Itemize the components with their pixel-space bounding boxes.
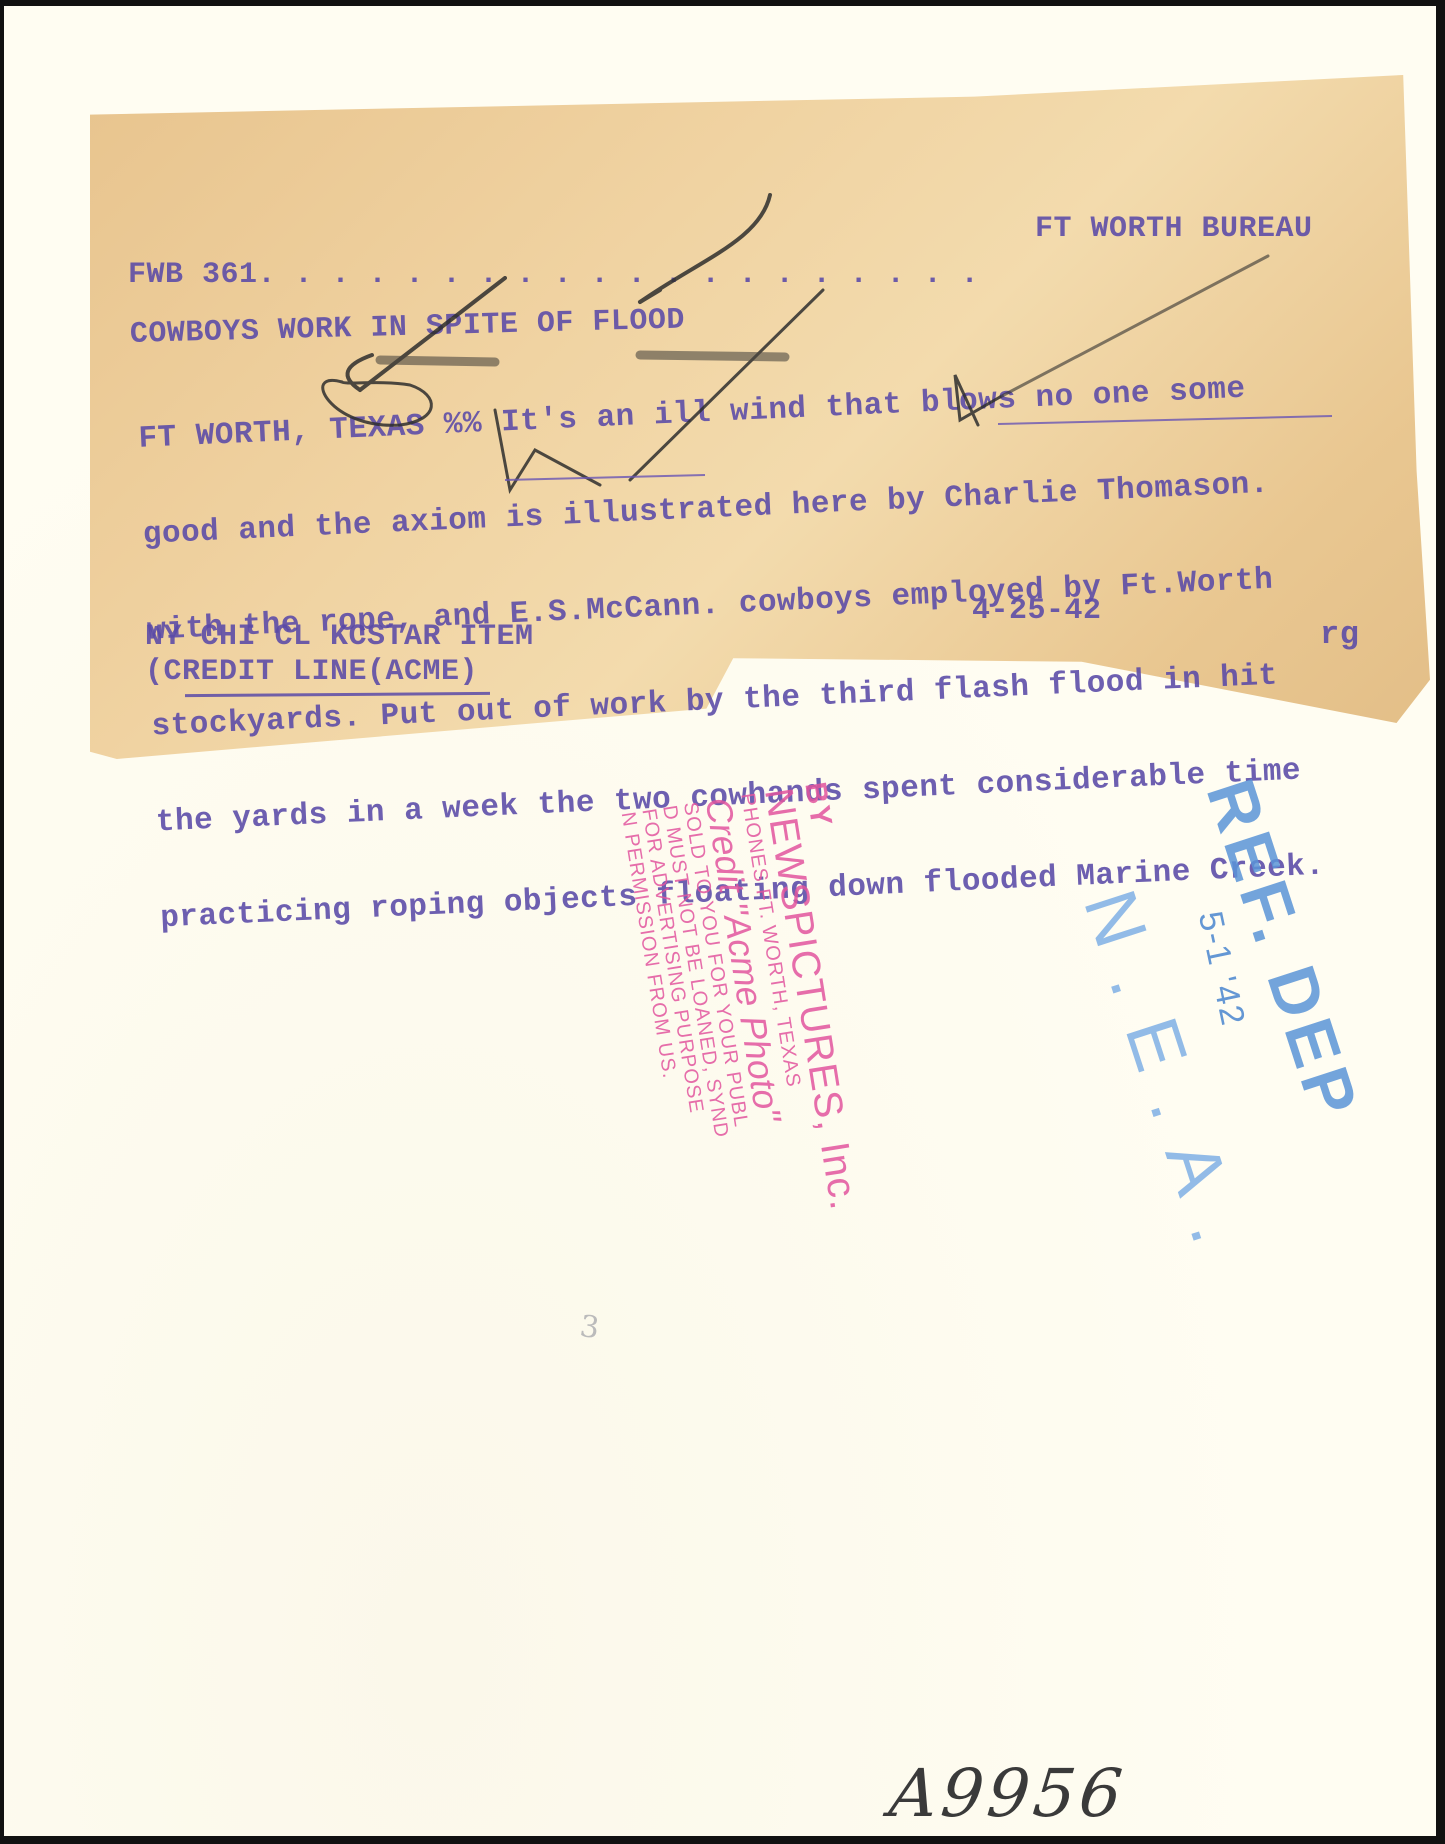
distribution-list: NY CHI CL KCSTAR ITEM [145, 620, 534, 654]
catalog-number: A9956 [886, 1755, 1130, 1832]
bureau-label: FT WORTH BUREAU [1035, 212, 1313, 246]
caption-date: 4-25-42 [972, 594, 1102, 628]
slug-line: FWB 361. . . . . . . . . . . . . . . . .… [128, 258, 979, 292]
caption-line: FT WORTH, TEXAS %% It's an ill wind that… [138, 371, 1304, 456]
typist-initials: rg [1320, 616, 1359, 653]
credit-line: (CREDIT LINE(ACME) [145, 655, 478, 689]
caption-line: good and the axiom is illustrated here b… [142, 467, 1308, 552]
